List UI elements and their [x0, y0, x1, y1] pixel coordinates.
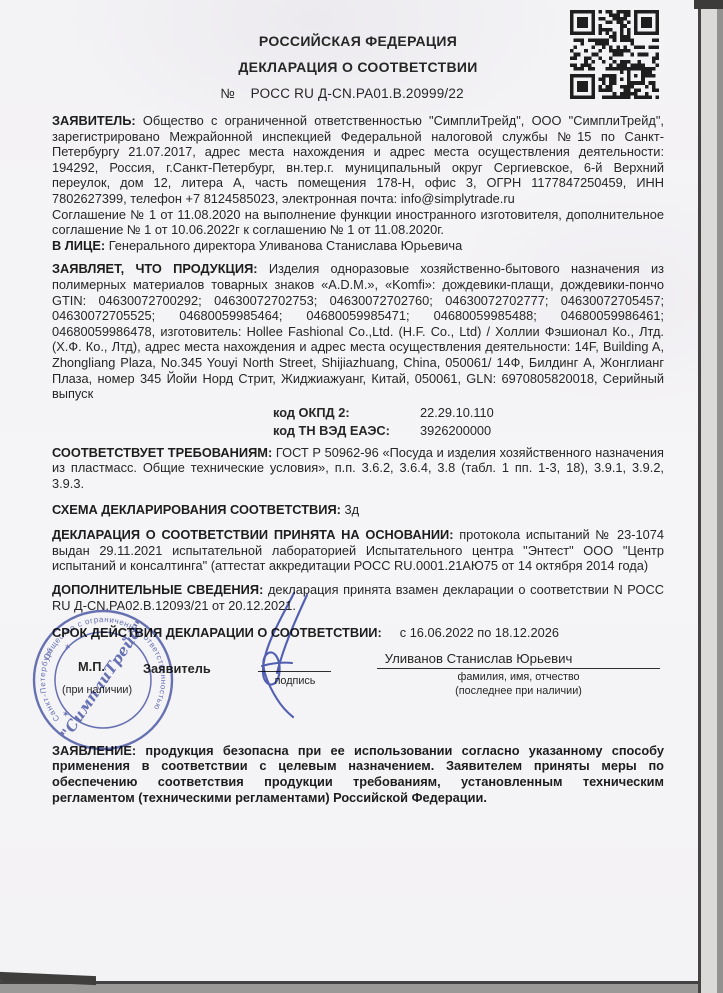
product-paragraph: ЗАЯВЛЯЕТ, ЧТО ПРОДУКЦИЯ: Изделия однораз… [52, 261, 664, 401]
basis-label: ДЕКЛАРАЦИЯ О СООТВЕТСТВИИ ПРИНЯТА НА ОСН… [52, 527, 454, 542]
in-person-label: В ЛИЦЕ: [52, 238, 105, 253]
tnved-label: код ТН ВЭД ЕАЭС: [273, 423, 420, 439]
signatory-name: Уливанов Станислав Юрьевич [377, 651, 660, 670]
agreement-paragraph: Соглашение № 1 от 11.08.2020 на выполнен… [52, 207, 664, 238]
signatory-caption-1: фамилия, имя, отчество [377, 671, 660, 685]
okpd-code-row: код ОКПД 2: 22.29.10.110 [273, 405, 664, 421]
product-label: ЗАЯВЛЯЕТ, ЧТО ПРОДУКЦИЯ: [52, 261, 258, 276]
basis-paragraph: ДЕКЛАРАЦИЯ О СООТВЕТСТВИИ ПРИНЯТА НА ОСН… [52, 527, 664, 574]
signature-area: Общество с ограниченной ответственностью… [52, 625, 664, 709]
signatory-caption-2: (последнее при наличии) [377, 685, 660, 699]
scanner-edge-corner [694, 0, 723, 9]
company-round-stamp: Общество с ограниченной ответственностью… [28, 605, 178, 755]
declaration-number: №РОСС RU Д-CN.РА01.В.20999/22 [36, 86, 648, 102]
scanner-edge-bottom [0, 987, 698, 993]
validity-value: с 16.06.2022 по 18.12.2026 [400, 625, 559, 640]
tnved-code-row: код ТН ВЭД ЕАЭС: 3926200000 [273, 423, 664, 439]
number-sign: № [220, 86, 234, 101]
in-person-line: В ЛИЦЕ: Генерального директора Уливанова… [52, 238, 664, 254]
handwritten-signature [232, 587, 342, 719]
okpd-label: код ОКПД 2: [273, 405, 420, 421]
scanned-document: { "header": { "country_title": "РОССИЙСК… [0, 0, 723, 993]
scheme-label: СХЕМА ДЕКЛАРИРОВАНИЯ СООТВЕТСТВИЯ: [52, 502, 341, 517]
signatory-block: Уливанов Станислав Юрьевич фамилия, имя,… [377, 651, 660, 699]
stamp-center-text: "СимплиТрейд" [57, 618, 149, 743]
scheme-line: СХЕМА ДЕКЛАРИРОВАНИЯ СООТВЕТСТВИЯ: 3д [52, 502, 664, 518]
stamp-star-icon: ✶ [64, 642, 72, 652]
tnved-value: 3926200000 [420, 423, 491, 439]
applicant-paragraph: ЗАЯВИТЕЛЬ: Общество с ограниченной ответ… [52, 113, 664, 207]
number-value: РОСС RU Д-CN.РА01.В.20999/22 [251, 86, 464, 101]
okpd-value: 22.29.10.110 [420, 405, 494, 421]
requirements-paragraph: СООТВЕТСТВУЕТ ТРЕБОВАНИЯМ: ГОСТ Р 50962-… [52, 445, 664, 492]
requirements-label: СООТВЕТСТВУЕТ ТРЕБОВАНИЯМ: [52, 445, 272, 460]
document-page: РОССИЙСКАЯ ФЕДЕРАЦИЯ ДЕКЛАРАЦИЯ О СООТВЕ… [0, 0, 698, 984]
applicant-label: ЗАЯВИТЕЛЬ: [52, 113, 136, 128]
scanner-edge-right [698, 0, 723, 993]
